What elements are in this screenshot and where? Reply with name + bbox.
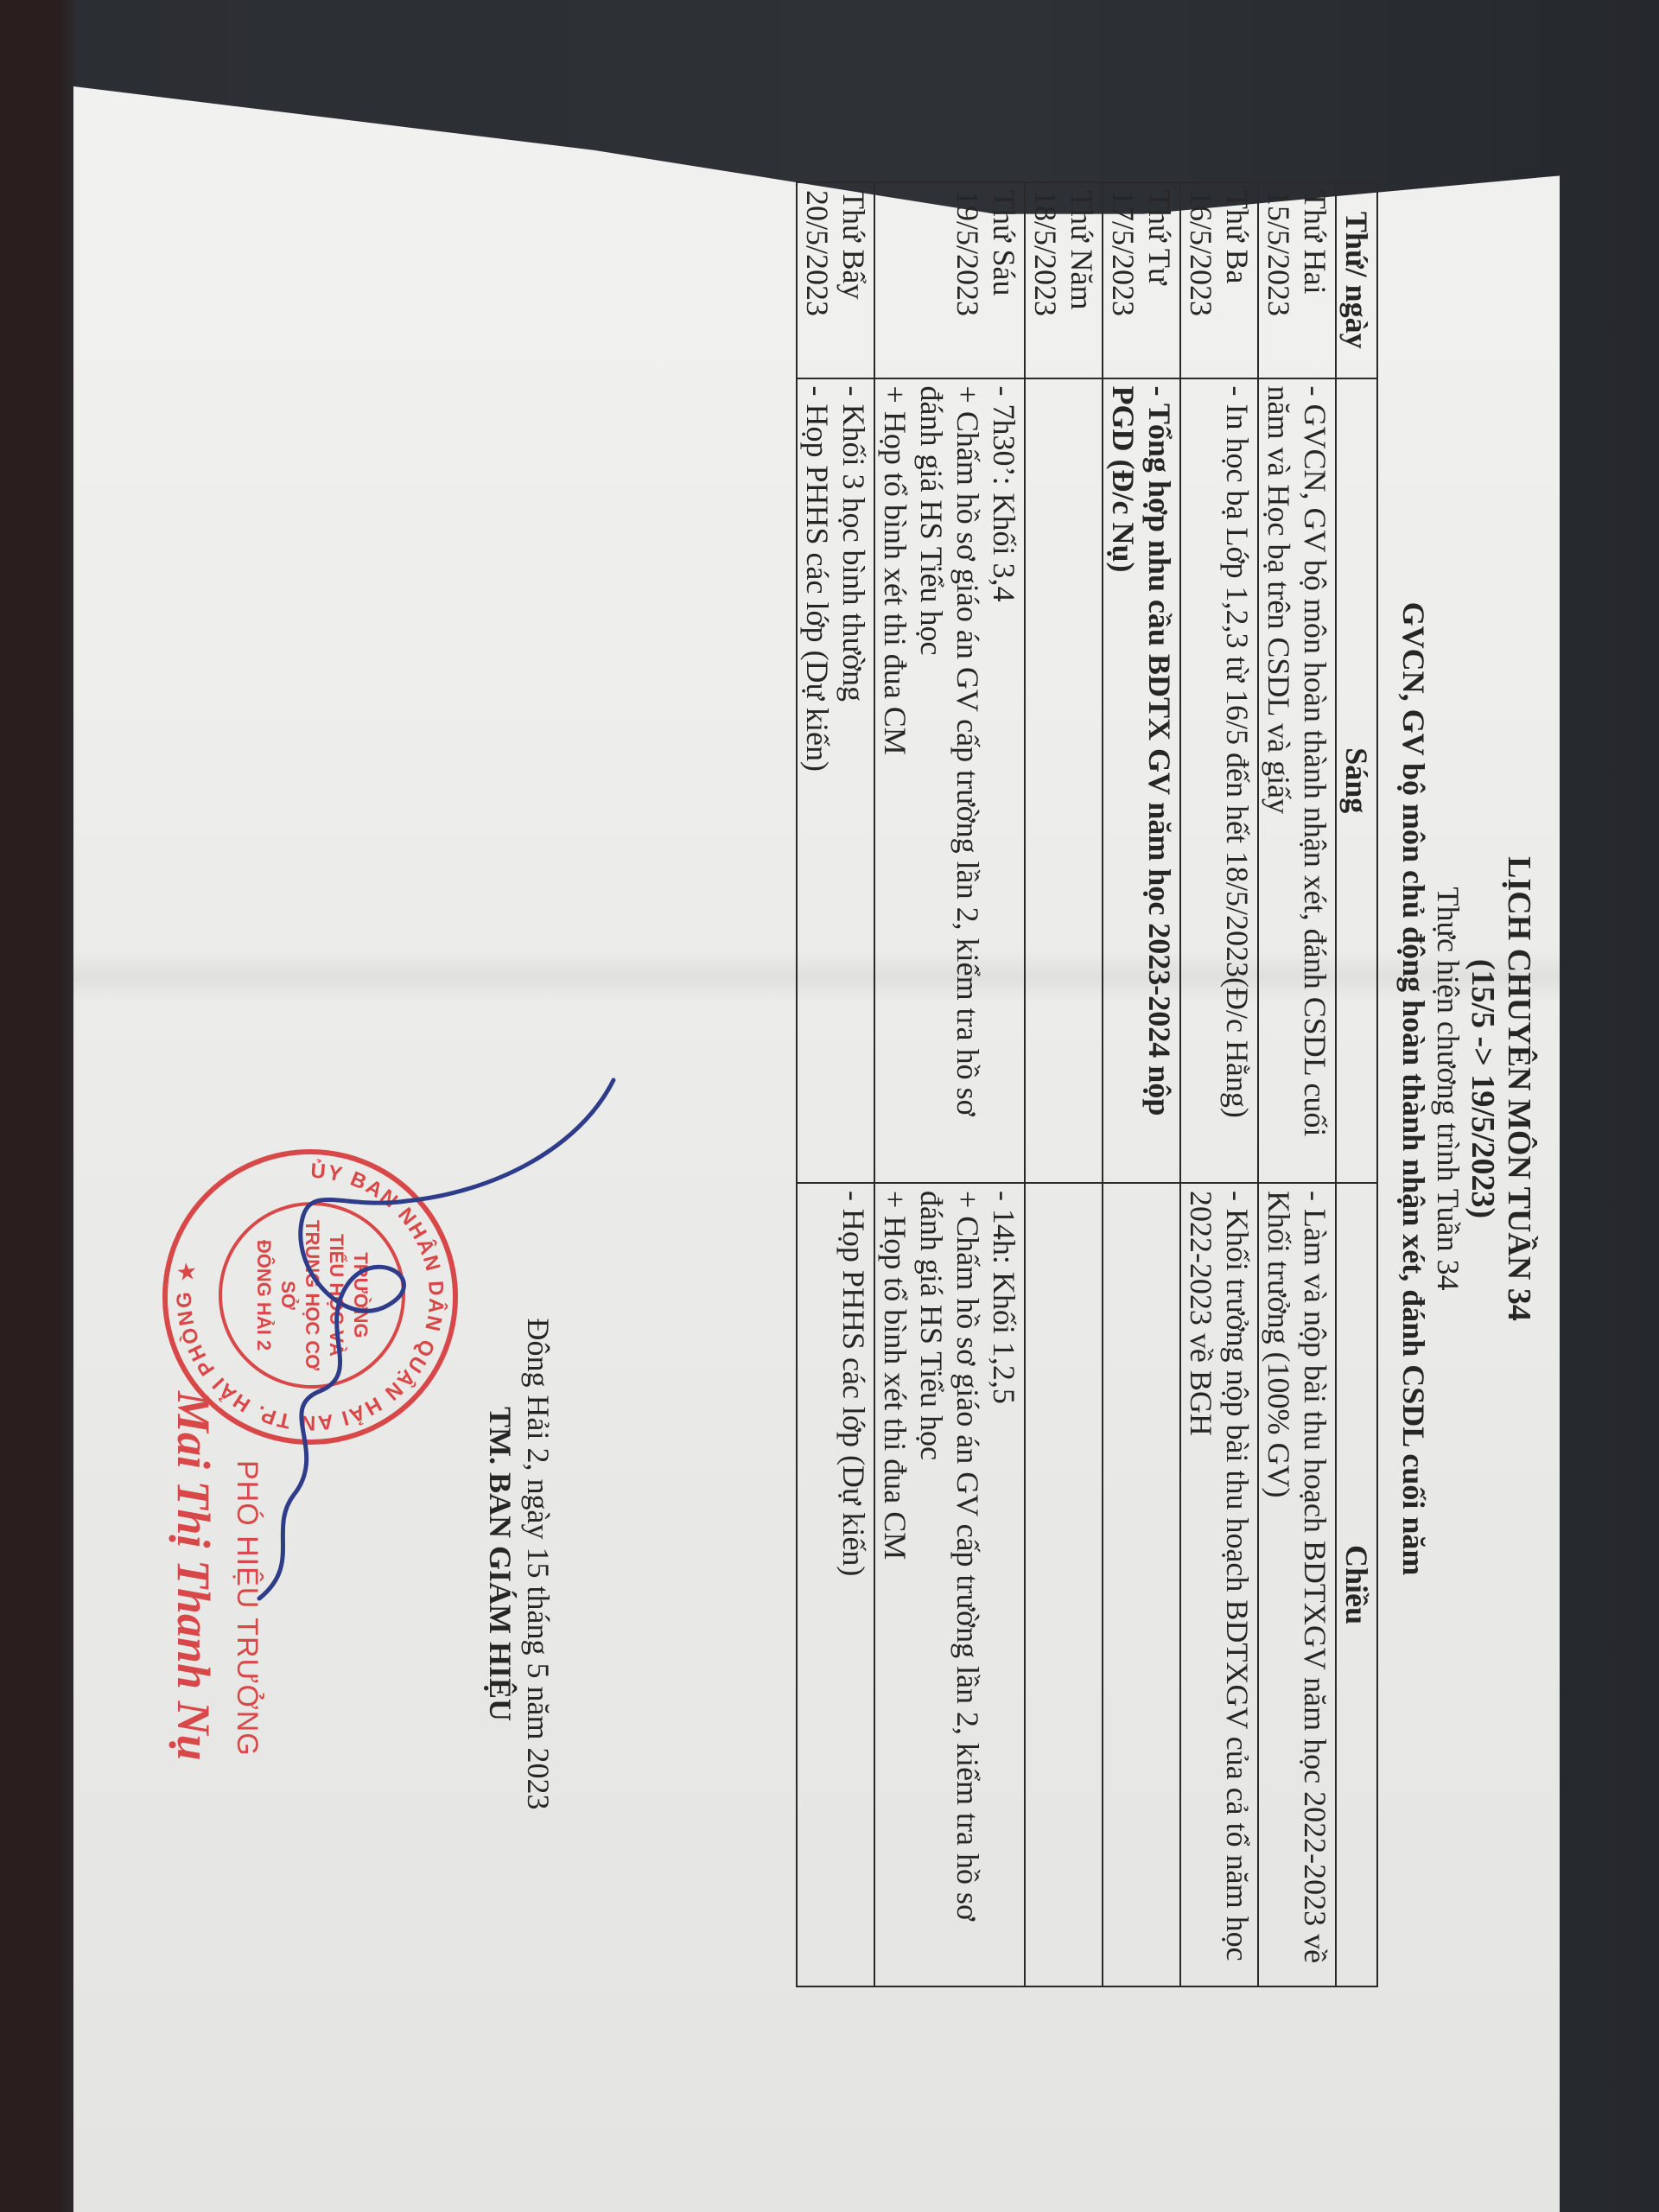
doc-date-range: (15/5 -> 19/5/2023) [1465, 181, 1500, 1996]
table-row: Thứ Ba16/5/2023- In học bạ Lớp 1,2,3 từ … [1180, 182, 1258, 1986]
afternoon-cell [1025, 1183, 1103, 1986]
activity-line: + Chấm hồ sơ giáo án GV cấp trường lần 2… [913, 1191, 986, 1979]
afternoon-cell [1103, 1183, 1180, 1986]
afternoon-cell: - Họp PHHS các lớp (Dự kiến) [797, 1183, 874, 1986]
day-name: Thứ Tư [1141, 190, 1178, 371]
day-cell: Thứ Hai15/5/2023 [1258, 182, 1336, 378]
doc-title: LỊCH CHUYÊN MÔN TUẦN 34 [1500, 181, 1538, 1996]
signer-name: Mai Thị Thanh Nụ [167, 1391, 220, 1761]
day-cell: Thứ Bẩy20/5/2023 [797, 182, 874, 378]
day-name: Thứ Năm [1064, 190, 1100, 371]
doc-focus: GVCN, GV bộ môn chủ động hoàn thành nhận… [1396, 181, 1431, 1996]
activity-line: + Họp tổ bình xét thi đua CM [877, 1191, 913, 1979]
rotated-document: LỊCH CHUYÊN MÔN TUẦN 34 (15/5 -> 19/5/20… [242, 181, 1538, 2082]
table-header-row: Thứ/ ngày Sáng Chiều [1336, 182, 1377, 1986]
day-name: Thứ Sáu [986, 190, 1022, 371]
day-date: 19/5/2023 [950, 190, 986, 371]
activity-line: - Khối 3 học bình thường [836, 386, 872, 1175]
morning-cell: - In học bạ Lớp 1,2,3 từ 16/5 đến hết 18… [1180, 378, 1258, 1183]
table-row: Thứ Hai15/5/2023- GVCN, GV bộ môn hoàn t… [1258, 182, 1336, 1986]
morning-cell: - 7h30’: Khối 3,4+ Chấm hồ sơ giáo án GV… [874, 378, 1025, 1183]
day-name: Thứ Ba [1219, 190, 1255, 371]
header-afternoon: Chiều [1336, 1183, 1377, 1986]
signer-role: PHÓ HIỆU TRƯỞNG [230, 1460, 264, 1757]
activity-line: - In học bạ Lớp 1,2,3 từ 16/5 đến hết 18… [1219, 386, 1255, 1175]
doc-subtitle: Thực hiện chương trình Tuần 34 [1431, 181, 1465, 1996]
activity-line: - Họp PHHS các lớp (Dự kiến) [799, 386, 836, 1175]
day-cell: Thứ Năm18/5/2023 [1025, 182, 1103, 378]
activity-line: - 14h: Khối 1,2,5 [986, 1191, 1022, 1979]
table-row: Thứ Bẩy20/5/2023- Khối 3 học bình thường… [797, 182, 874, 1986]
day-cell: Thứ Tư17/5/2023 [1103, 182, 1180, 378]
morning-cell: - Tổng hợp nhu cầu BDTX GV năm học 2023-… [1103, 378, 1180, 1183]
activity-line: + Họp tổ bình xét thi đua CM [877, 386, 913, 1175]
day-date: 18/5/2023 [1027, 190, 1064, 371]
handwritten-signature [199, 1046, 631, 1650]
table-row: Thứ Tư17/5/2023- Tổng hợp nhu cầu BDTX G… [1103, 182, 1180, 1986]
morning-cell: - GVCN, GV bộ môn hoàn thành nhận xét, đ… [1258, 378, 1336, 1183]
activity-line: - Khối trưởng nộp bài thu hoạch BDTXGV c… [1183, 1191, 1255, 1979]
day-name: Thứ Bẩy [836, 190, 872, 371]
morning-cell: - Khối 3 học bình thường- Họp PHHS các l… [797, 378, 874, 1183]
afternoon-cell: - 14h: Khối 1,2,5+ Chấm hồ sơ giáo án GV… [874, 1183, 1025, 1986]
schedule-body: Thứ Hai15/5/2023- GVCN, GV bộ môn hoàn t… [797, 182, 1336, 1986]
header-morning: Sáng [1336, 378, 1377, 1183]
activity-line: - GVCN, GV bộ môn hoàn thành nhận xét, đ… [1261, 386, 1333, 1175]
header-day: Thứ/ ngày [1336, 182, 1377, 378]
day-date: 15/5/2023 [1261, 190, 1297, 371]
day-cell: Thứ Ba16/5/2023 [1180, 182, 1258, 378]
morning-cell [1025, 378, 1103, 1183]
activity-line: - Họp PHHS các lớp (Dự kiến) [836, 1191, 872, 1979]
afternoon-cell: - Khối trưởng nộp bài thu hoạch BDTXGV c… [1180, 1183, 1258, 1986]
activity-line: + Chấm hồ sơ giáo án GV cấp trường lần 2… [913, 386, 986, 1175]
day-name: Thứ Hai [1297, 190, 1333, 371]
activity-line: - Tổng hợp nhu cầu BDTX GV năm học 2023-… [1105, 386, 1178, 1175]
afternoon-cell: - Làm và nộp bài thu hoạch BDTXGV năm họ… [1258, 1183, 1336, 1986]
table-row: Thứ Năm18/5/2023 [1025, 182, 1103, 1986]
title-block: LỊCH CHUYÊN MÔN TUẦN 34 (15/5 -> 19/5/20… [1396, 181, 1538, 1996]
activity-line: - Làm và nộp bài thu hoạch BDTXGV năm họ… [1261, 1191, 1333, 1979]
day-date: 20/5/2023 [799, 190, 836, 371]
table-row: Thứ Sáu19/5/2023- 7h30’: Khối 3,4+ Chấm … [874, 182, 1025, 1986]
day-cell: Thứ Sáu19/5/2023 [874, 182, 1025, 378]
schedule-table: Thứ/ ngày Sáng Chiều Thứ Hai15/5/2023- G… [796, 181, 1378, 1987]
day-date: 17/5/2023 [1105, 190, 1141, 371]
day-date: 16/5/2023 [1183, 190, 1219, 371]
activity-line: - 7h30’: Khối 3,4 [986, 386, 1022, 1175]
